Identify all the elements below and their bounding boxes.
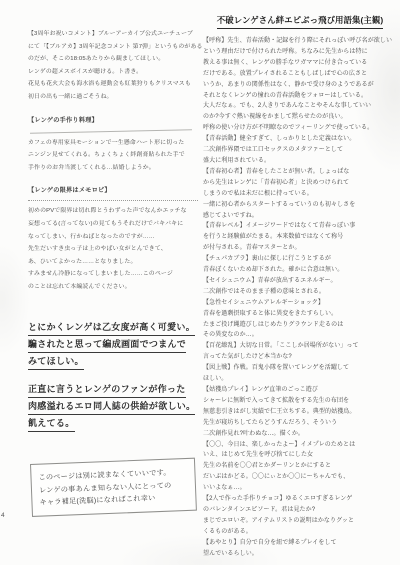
text-line: 【青春初心者】青春をしたことが無い者。しょっぱな: [203, 167, 397, 178]
text-line: 呼称の使い分け方が不明瞭なのでフィーリングで使っている。: [203, 123, 397, 134]
text-line: という理由だけで付けられた呼称。ちなみに先生からは特に: [203, 47, 397, 58]
text-line: その異変なのか…。: [203, 330, 397, 341]
text-line: 妄想ってる(言ってない)の見てもうそれだけでバキバキに: [28, 218, 200, 231]
text-line: 【2人で作った手作りチョコ】ゆるくエロすぎるレンゲ: [203, 494, 397, 505]
text-line: 先生が寝坊ちしてたらどうすんだろう、そういう: [203, 418, 397, 429]
handmade-cooking-paragraph: カフェの専用家具モーションで一生懸命ハート形に切ったニンジン見せてくれる。ちょく…: [28, 137, 200, 175]
text-line: 初日の出も一緒に過ごそうね。: [28, 91, 200, 104]
text-line: 手作りのお弁当渡してくれる…結婚しようか。: [28, 162, 200, 175]
text-line: 肉感溢れるエロ同人誌の供給が欲しい。: [28, 400, 195, 415]
text-line: あ、ひいてよかった……となりました。: [28, 256, 200, 269]
note-box: このページは別に読まなくていいです。レンゲの事あんま知らない人にとってのキャラ補…: [30, 458, 197, 517]
text-line: 感じてよいですね。: [203, 211, 397, 222]
text-line: すみません冷静になってしまいました……このページ: [28, 268, 200, 281]
text-line: カフェの専用家具モーションで一生懸命ハート形に切った: [28, 137, 200, 150]
text-line: 【〇〇、今日は、楽しかったよー】イメプレのためとは: [203, 440, 397, 451]
text-line: 初めのPVで限界は切れ際とうわずった声でなんかエッチな: [28, 205, 200, 218]
text-line: たまご投げ縄遊びしはじめたりグラウンド走るのは: [203, 320, 397, 331]
text-line: 先生だいすき虫っ子は上のやばい女がとんできて、: [28, 243, 200, 256]
text-line: 盛大に利用されている。: [203, 156, 397, 167]
text-line: 【姑獲鳥プレイ】レンゲ直筆のごっこ遊び: [203, 385, 397, 396]
text-line: 二次創作界隈では工口セックスのメタファーとして: [203, 145, 397, 156]
left-column: 【3周年お祝いコメント】ブルーアーカイブ公式ユーチューブにて「【ブルアカ】3周年…: [28, 28, 200, 434]
text-line: 青春を過剰摂取すると体に異変をきたすらしい。: [203, 309, 397, 320]
text-line: から先生はレンゲに「青春初心者」と決めつけられて: [203, 178, 397, 189]
text-line: 無慈悲引きはがし実績で仁王立ちする。典型的姑獲鳥。: [203, 407, 397, 418]
text-line: のだが、そこの18:05あたりから観ましてほしい。: [28, 53, 200, 66]
text-line: 【青春活動】健全すぎて、しっかりとした定義はない。: [203, 134, 397, 145]
text-line: のことは忘れて本編読んでください。: [28, 281, 200, 294]
title-row: 不破レンゲさん絆エピぶっ飛び用語集(主観): [203, 10, 397, 29]
text-line: が付与される。青春マスターとか。: [203, 243, 397, 254]
text-line: 【図上戦】作戦。百鬼小隊を置いてレンゲを活躍して: [203, 363, 397, 374]
text-line: とにかくレンゲは乙女度が高く可愛い。: [28, 321, 195, 336]
text-line: シャーレに無断で入ってきて拡散をする先生の布団を: [203, 396, 397, 407]
memolobby-paragraph: 初めのPVで限界は切れ際とうわずった声でなんかエッチな妄想ってる(言ってない)の…: [28, 205, 200, 293]
text-line: 言ってた気がしたけど本当かな?: [203, 352, 397, 363]
divider-line: [30, 129, 192, 133]
text-line: 望んでいるらしい。: [203, 549, 397, 560]
text-line: いいよなぁ…。: [203, 483, 397, 494]
text-line: 一緒に初心者からスタートするっていうのも初々しさを: [203, 200, 397, 211]
text-line: 【青春レベル】イメージワードではなくて青春っぽい事: [203, 221, 397, 232]
text-line: 先生の名前を〇〇君とかダーリンとかにすると: [203, 461, 397, 472]
text-line: 騙されたと思って編成画面でつまんで: [28, 338, 186, 353]
text-line: ニンジン見せてくれる。ちょくちょく絆創膏貼られた手で: [28, 149, 200, 162]
text-line: 教える事は無く、レンゲの勝手なワガママに付き合っている: [203, 58, 397, 69]
text-line: 【呼称】先生、青春活動・記録を行う際にそれっぽい呼び名が欲しい: [203, 36, 397, 47]
text-line: だいぶはかどる。〇〇にぃとか〇〇にーちゃんでも、: [203, 472, 397, 483]
section-heading-handmade-cooking: 【レンゲの手作り料理】: [28, 115, 200, 124]
text-line: にて「【ブルアカ】3周年記念コメント 第7弾」というものがある: [28, 41, 200, 54]
text-line: 二次創作ではそのまま子種の意味とされる。: [203, 287, 397, 298]
text-line: しまうので私は未だに根に持っている。: [203, 189, 397, 200]
text-line: それとなくレンゲの憧れの青春活動をフォローはしている。: [203, 91, 397, 102]
text-line: みてほしい。: [28, 355, 84, 370]
text-line: のか?今すぐ熱い視線をかまして黙らせたのが良い。: [203, 112, 397, 123]
text-line: 【セイシュニウム】青春が放出するエネルギー。: [203, 276, 397, 287]
text-line: 正直に言うとレンゲのファンが作った: [28, 383, 186, 398]
text-line: 青春ぽくないため却下された。確かに合意は無い。: [203, 265, 397, 276]
text-line: 二次創作見れ?叶わぬな…。描くか。: [203, 429, 397, 440]
text-line: のバレンタインエピソード。君は見たか?: [203, 505, 397, 516]
text-line: を行うと経験値がたまる。本来数値ではなくて称号: [203, 232, 397, 243]
page-number: 4: [1, 512, 5, 519]
scanned-document-page: 【3周年お祝いコメント】ブルーアーカイブ公式ユーチューブにて「【ブルアカ】3周年…: [0, 0, 400, 565]
right-column: 不破レンゲさん絆エピぶっ飛び用語集(主観) 【呼称】先生、青春活動・記録を行う際…: [203, 10, 397, 560]
text-line: だけである。放置プレイされることもしばしばで心の広さと: [203, 69, 397, 80]
dotted-divider-line: [28, 200, 198, 201]
text-line: なってしまい、行かねばとなったのですが……: [28, 231, 200, 244]
text-line: 【3周年お祝いコメント】ブルーアーカイブ公式ユーチューブ: [28, 28, 200, 41]
text-line: 花見も花火大会も海水浴も運動会も紅葉狩りもクリスマスも: [28, 78, 200, 91]
glossary-text-body: 【呼称】先生、青春活動・記録を行う際にそれっぽい呼び名が欲しいという理由だけで付…: [203, 36, 397, 560]
emphasis-block-cute: とにかくレンゲは乙女度が高く可愛い。騙されたと思って編成画面でつまんでみてほしい…: [28, 321, 200, 370]
text-line: いうか、あまりの関係性はなく、静かで受け身のようであるが: [203, 80, 397, 91]
text-line: ほしい。: [203, 374, 397, 385]
text-line: 【百花繚乱】大切な日常。「ここしか居場所がない」って: [203, 341, 397, 352]
text-line: 【チュパカブラ】裏山に探しに行こうとするが: [203, 254, 397, 265]
page-title: 不破レンゲさん絆エピぶっ飛び用語集(主観): [217, 14, 383, 29]
text-line: くるものがある。: [203, 527, 397, 538]
emphasis-block-doujinshi: 正直に言うとレンゲのファンが作った肉感溢れるエロ同人誌の供給が欲しい。飢えてる。: [28, 383, 200, 432]
section-heading-memolobby: 【レンゲの限界はメモロビ】: [28, 185, 200, 194]
text-line: 【急性セイシュニウムアレルギーショック】: [203, 298, 397, 309]
text-line: 飢えてる。: [28, 417, 75, 432]
text-line: レンゲの超メスボイスが聴ける。ト書き。: [28, 66, 200, 79]
text-line: いえ、はじめて先生を呼び捨てにした女: [203, 450, 397, 461]
text-line: 【あやとり】自分で自分を紐で縛るプレイをして: [203, 538, 397, 549]
text-line: まじでエロいぞ。アイテムリストの説明はかなりグッと: [203, 516, 397, 527]
text-line: 大人だなぁ。でも、2人きりであんなことやそんな事していい: [203, 101, 397, 112]
anniversary-comment-paragraph: 【3周年お祝いコメント】ブルーアーカイブ公式ユーチューブにて「【ブルアカ】3周年…: [28, 28, 200, 104]
